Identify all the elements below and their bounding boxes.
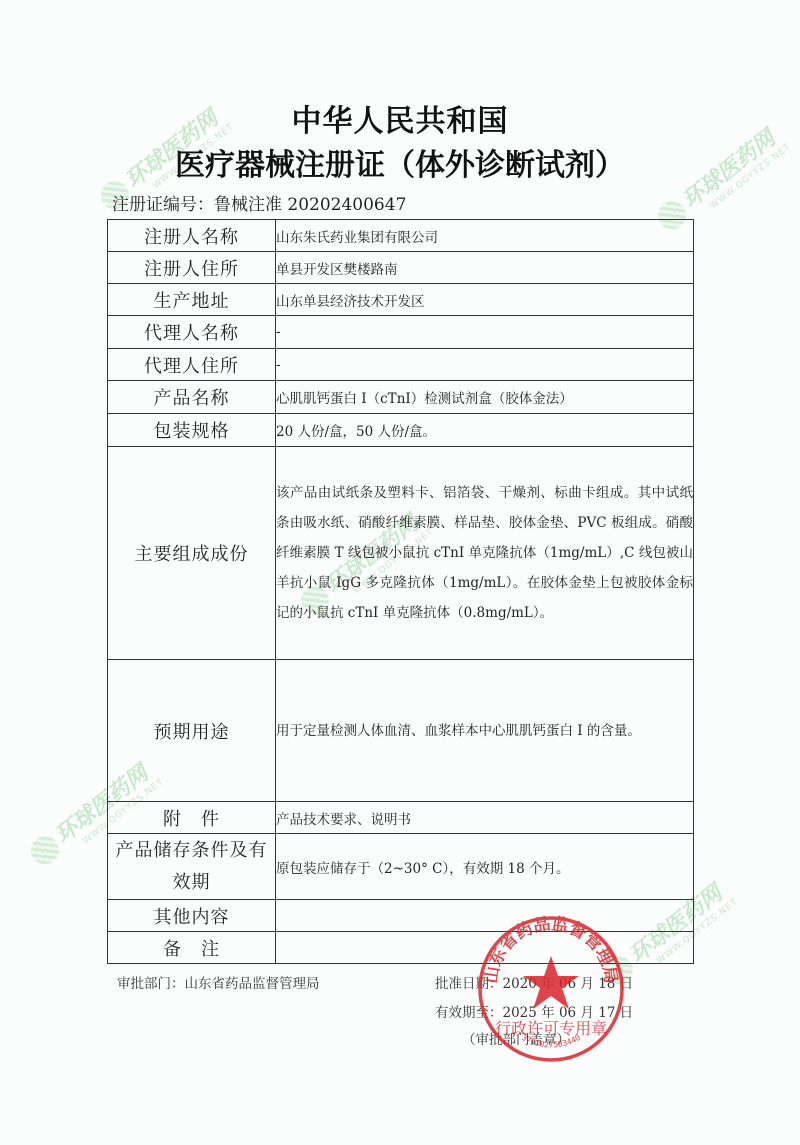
table-row: 备 注 [108, 932, 694, 964]
row-value [276, 900, 694, 932]
row-label: 注册人名称 [108, 220, 276, 252]
row-value: 产品技术要求、说明书 [276, 802, 694, 834]
row-label: 包装规格 [108, 414, 276, 447]
table-row: 包装规格 20 人份/盒，50 人份/盒。 [108, 414, 694, 447]
row-value: 心肌肌钙蛋白 I（cTnI）检测试剂盒（胶体金法） [276, 381, 694, 414]
document-title-country: 中华人民共和国 [0, 96, 800, 140]
row-value: 20 人份/盒，50 人份/盒。 [276, 414, 694, 447]
row-label: 产品名称 [108, 381, 276, 414]
certificate-table: 注册人名称 山东朱氏药业集团有限公司 注册人住所 单县开发区樊楼路南 生产地址 … [107, 219, 694, 964]
watermark-globe-icon [25, 831, 64, 870]
table-row: 预期用途 用于定量检测人体血清、血浆样本中心肌肌钙蛋白 I 的含量。 [108, 660, 694, 802]
row-label: 主要组成成份 [108, 447, 276, 660]
table-row: 代理人住所 - [108, 349, 694, 381]
table-row: 产品储存条件及有效期 原包装应储存于（2~30° C），有效期 18 个月。 [108, 834, 694, 900]
approval-date: 批准日期：2020 年 06 月 18 日 [435, 972, 633, 992]
row-value: 原包装应储存于（2~30° C），有效期 18 个月。 [276, 834, 694, 900]
row-label: 代理人名称 [108, 316, 276, 349]
registration-number: 注册证编号：鲁械注准 20202400647 [112, 190, 406, 215]
row-label: 其他内容 [108, 900, 276, 932]
table-row: 主要组成成份 该产品由试纸条及塑料卡、铝箔袋、干燥剂、标曲卡组成。其中试纸条由吸… [108, 447, 694, 660]
document-title-certificate: 医疗器械注册证（体外诊断试剂） [0, 140, 800, 184]
row-label: 附 件 [108, 802, 276, 834]
row-label: 代理人住所 [108, 349, 276, 381]
table-row: 附 件 产品技术要求、说明书 [108, 802, 694, 834]
approval-department: 审批部门：山东省药品监督管理局 [117, 972, 320, 992]
row-value: 山东单县经济技术开发区 [276, 284, 694, 316]
row-value: 该产品由试纸条及塑料卡、铝箔袋、干燥剂、标曲卡组成。其中试纸条由吸水纸、硝酸纤维… [276, 447, 694, 660]
row-value: - [276, 349, 694, 381]
row-value [276, 932, 694, 964]
row-value: 单县开发区樊楼路南 [276, 252, 694, 284]
row-value: - [276, 316, 694, 349]
table-row: 其他内容 [108, 900, 694, 932]
seal-note: （审批部门盖章） [462, 1028, 570, 1048]
table-row: 产品名称 心肌肌钙蛋白 I（cTnI）检测试剂盒（胶体金法） [108, 381, 694, 414]
row-label: 生产地址 [108, 284, 276, 316]
table-row: 生产地址 山东单县经济技术开发区 [108, 284, 694, 316]
row-value: 山东朱氏药业集团有限公司 [276, 220, 694, 252]
table-row: 注册人名称 山东朱氏药业集团有限公司 [108, 220, 694, 252]
row-label: 备 注 [108, 932, 276, 964]
row-value: 用于定量检测人体血清、血浆样本中心肌肌钙蛋白 I 的含量。 [276, 660, 694, 802]
table-row: 注册人住所 单县开发区樊楼路南 [108, 252, 694, 284]
row-label: 注册人住所 [108, 252, 276, 284]
valid-until: 有效期至：2025 年 06 月 17 日 [435, 1001, 633, 1021]
table-row: 代理人名称 - [108, 316, 694, 349]
row-label: 产品储存条件及有效期 [108, 834, 276, 900]
row-label: 预期用途 [108, 660, 276, 802]
